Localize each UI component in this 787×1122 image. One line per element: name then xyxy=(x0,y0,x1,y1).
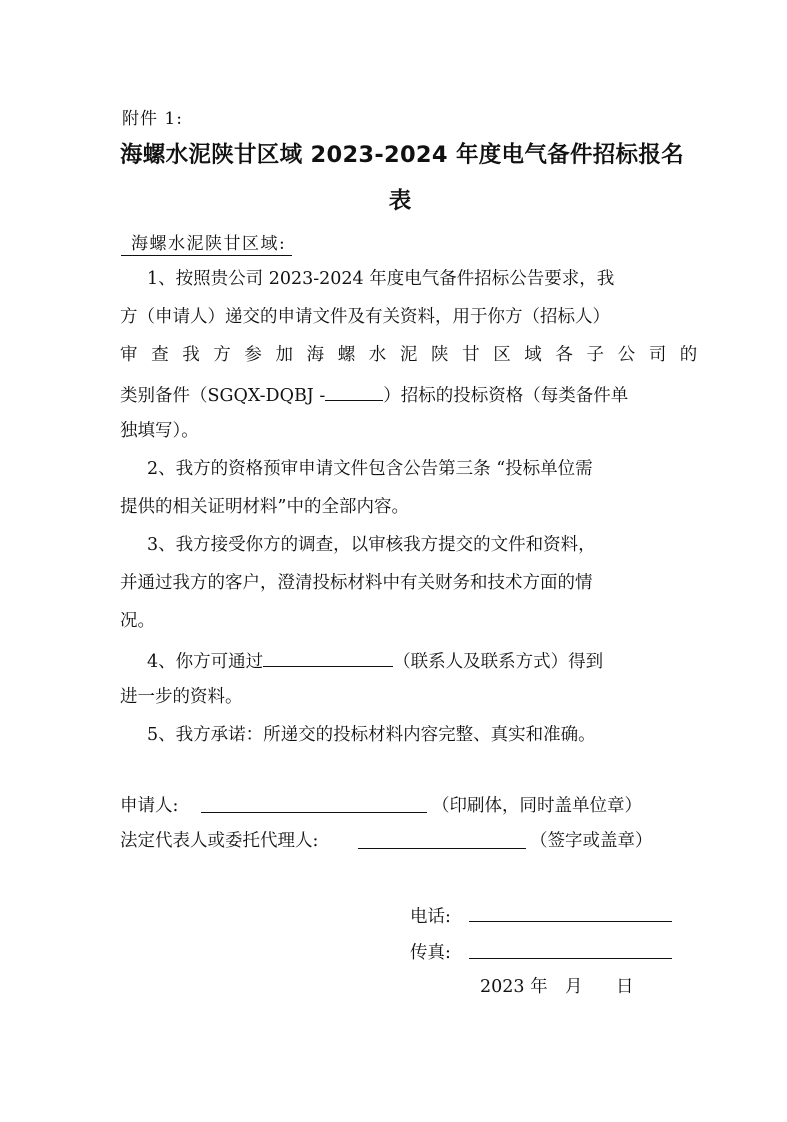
item-1-line-3: 审查我方参加海螺水泥陕甘区域各子公司的 xyxy=(120,344,711,366)
item-3-line-2: 并通过我方的客户，澄清投标材料中有关财务和技术方面的情 xyxy=(120,572,593,594)
date-year: 2023 年 xyxy=(480,976,548,998)
item-2-line-1: 2、我方的资格预审申请文件包含公告第三条 “投标单位需 xyxy=(147,458,593,480)
document-title-line1: 海螺水泥陕甘区域 2023-2024 年度电气备件招标报名 xyxy=(120,137,680,169)
date-day: 日 xyxy=(616,976,634,998)
item-4-line-2: 进一步的资料。 xyxy=(120,686,243,708)
item-1-line-1: 1、按照贵公司 2023-2024 年度电气备件招标公告要求，我 xyxy=(147,268,614,290)
item-4-line-1: 4、你方可通过（联系人及联系方式）得到 xyxy=(147,648,603,673)
item-1-category-prefix: 类别备件（SGQX-DQBJ - xyxy=(120,386,325,406)
item-1-category-suffix: ）招标的投标资格（每类备件单 xyxy=(383,386,628,406)
fax-label: 传真: xyxy=(410,942,451,964)
contact-info-blank[interactable] xyxy=(263,648,393,667)
applicant-signature-line[interactable] xyxy=(201,812,427,813)
date-month: 月 xyxy=(565,976,583,998)
attachment-label: 附件 1: xyxy=(122,104,183,129)
document-page: 附件 1: 海螺水泥陕甘区域 2023-2024 年度电气备件招标报名 表 海螺… xyxy=(0,0,787,1122)
addressee: 海螺水泥陕甘区域: xyxy=(121,233,292,256)
item-1-line-5: 独填写）。 xyxy=(120,420,199,442)
item-2-line-2: 提供的相关证明材料”中的全部内容。 xyxy=(120,496,409,518)
phone-blank-line[interactable] xyxy=(469,921,672,922)
representative-signature-line[interactable] xyxy=(358,848,526,849)
fax-blank-line[interactable] xyxy=(469,958,672,959)
item-1-line-2: 方（申请人）递交的申请文件及有关资料，用于你方（招标人） xyxy=(120,306,610,328)
item-3-line-3: 况。 xyxy=(120,610,155,632)
item-3-line-1: 3、我方接受你方的调查，以审核我方提交的文件和资料， xyxy=(147,534,596,556)
applicant-note: （印刷体，同时盖单位章） xyxy=(432,795,642,817)
document-title-line2: 表 xyxy=(120,183,680,215)
item-1-line-4: 类别备件（SGQX-DQBJ -）招标的投标资格（每类备件单 xyxy=(120,382,628,407)
representative-label: 法定代表人或委托代理人: xyxy=(120,830,318,852)
item-4-suffix: （联系人及联系方式）得到 xyxy=(393,652,603,672)
item-5-line-1: 5、我方承诺：所递交的投标材料内容完整、真实和准确。 xyxy=(147,724,596,746)
phone-label: 电话: xyxy=(410,906,451,928)
representative-note: （签字或盖章） xyxy=(530,830,653,852)
applicant-label: 申请人: xyxy=(120,795,178,817)
category-code-blank[interactable] xyxy=(325,382,383,401)
item-4-prefix: 4、你方可通过 xyxy=(147,652,263,672)
